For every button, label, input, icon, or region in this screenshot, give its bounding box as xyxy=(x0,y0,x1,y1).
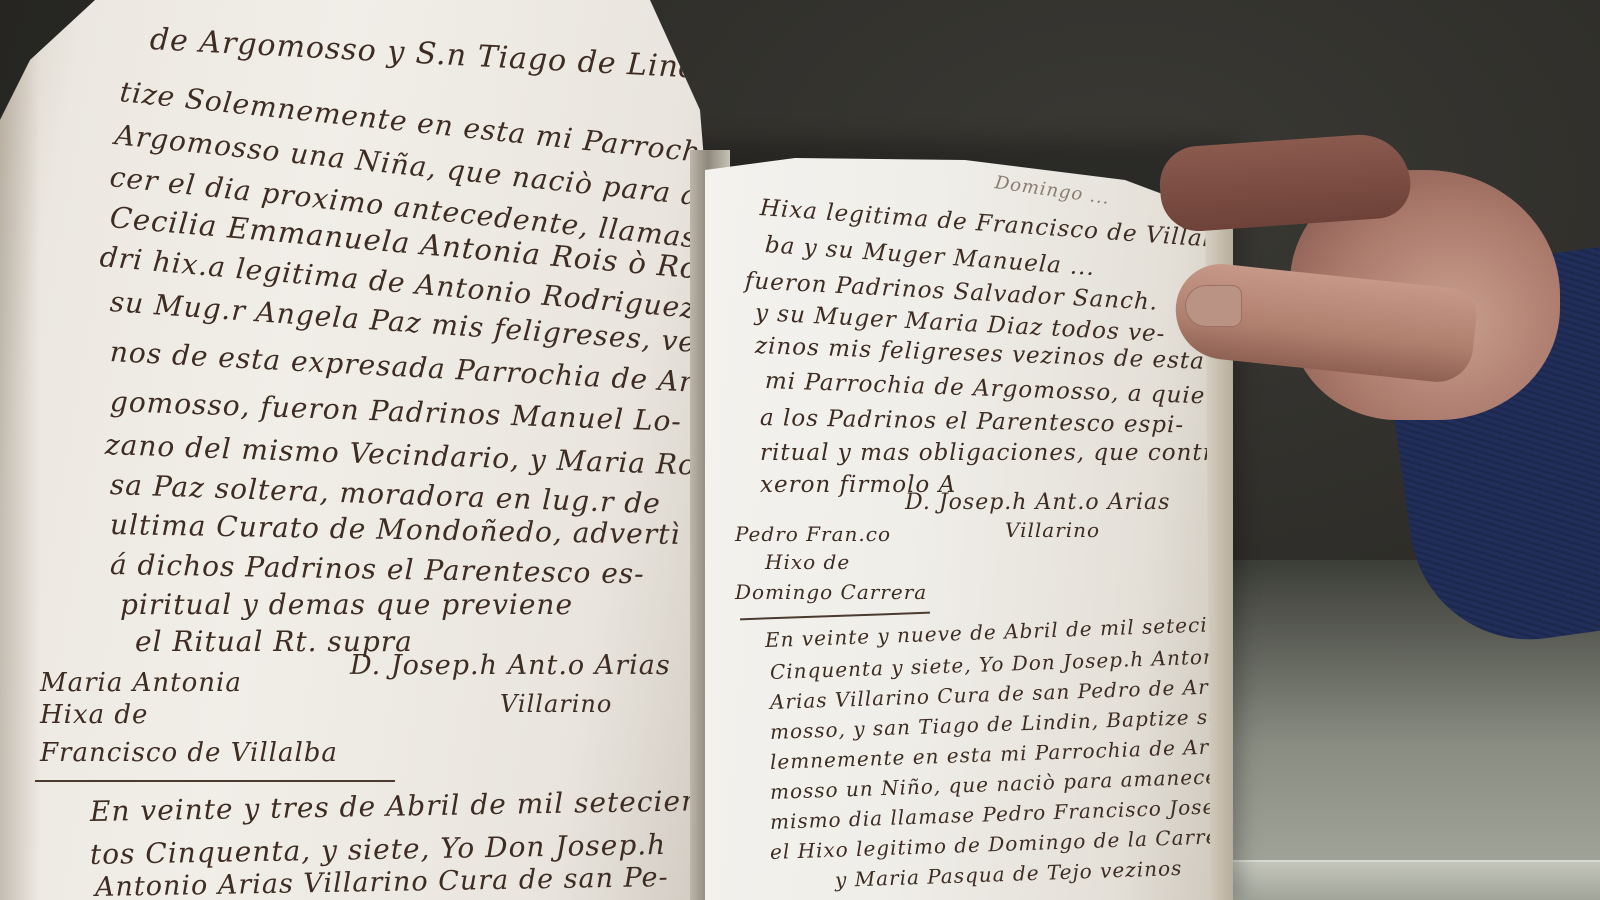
right-line: a los Padrinos el Parentesco espi- xyxy=(760,405,1185,438)
photo-scene: de Argomosso y S.n Tiago de Lindin Bap. … xyxy=(0,0,1600,900)
left-signature: Villarino xyxy=(500,690,612,718)
right-margin-note: Hixo de xyxy=(765,550,850,574)
right-manuscript-page: Domingo ... Hixa legitima de Francisco d… xyxy=(705,150,1230,900)
right-next-entry: y Maria Pasqua de Tejo vezinos xyxy=(835,856,1183,892)
right-signature: Villarino xyxy=(1005,518,1100,542)
left-margin-note: Francisco de Villalba xyxy=(40,738,338,768)
shelf-edge xyxy=(1230,860,1600,900)
right-margin-note: Pedro Fran.co xyxy=(735,522,891,546)
left-line: á dichos Padrinos el Parentesco es- xyxy=(110,548,645,590)
left-manuscript-page: de Argomosso y S.n Tiago de Lindin Bap. … xyxy=(0,0,720,900)
left-next-entry: En veinte y tres de Abril de mil setecie… xyxy=(90,784,711,828)
entry-separator xyxy=(740,612,930,621)
left-margin-note: Hixa de xyxy=(40,700,148,730)
hand-index-finger xyxy=(1157,131,1412,233)
right-line: ritual y mas obligaciones, que contra- xyxy=(760,440,1238,466)
right-line: mi Parrochia de Argomosso, a quien xyxy=(765,368,1222,410)
left-signature: D. Josep.h Ant.o Arias xyxy=(350,650,671,681)
left-line: piritual y demas que previene xyxy=(120,588,573,621)
left-margin-note: Maria Antonia xyxy=(40,668,242,698)
entry-separator xyxy=(35,780,395,782)
right-signature: D. Josep.h Ant.o Arias xyxy=(905,490,1170,515)
thumbnail xyxy=(1185,285,1242,327)
right-margin-note: Domingo Carrera xyxy=(735,580,927,604)
right-header-faint: Domingo ... xyxy=(994,172,1112,209)
